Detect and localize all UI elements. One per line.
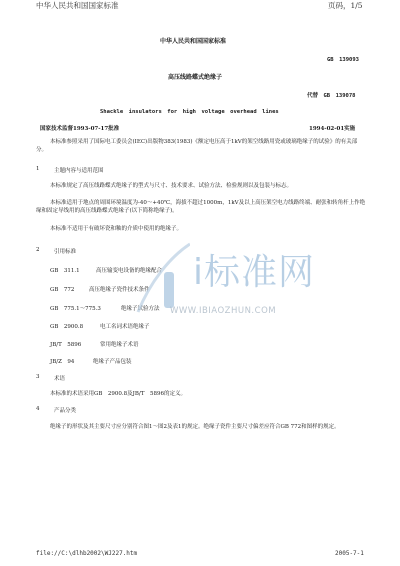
section-3-paragraph: 本标准的术语采用GB 2900.8及JB/T 5896的定义。 bbox=[50, 390, 370, 398]
reference-name: 常用绝缘子术语 bbox=[100, 340, 139, 348]
section-3-number: 3 bbox=[36, 374, 40, 380]
approval-date: 国家技术监督1993-07-17批准 bbox=[40, 124, 119, 132]
watermark: i标准网 WWW.IBIAOZHUN.COM bbox=[140, 244, 340, 324]
section-1-paragraph-3: 本标准不适用于有破坏瓷和釉的介质中使用的绝缘子。 bbox=[50, 225, 370, 233]
reference-name: 电工名词术语绝缘子 bbox=[100, 322, 150, 330]
section-2-title: 引用标准 bbox=[54, 247, 76, 255]
print-header-page-number: 页码，1/5 bbox=[328, 0, 363, 11]
document-title-en: Shackle insulators for high voltage over… bbox=[100, 107, 279, 115]
section-4-title: 产品分类 bbox=[54, 406, 76, 414]
section-1-paragraph-1: 本标准规定了高压线路蝶式绝缘子的型式与尺寸、技术要求、试验方法、检验规则以及包装… bbox=[50, 182, 370, 190]
reference-name: 绝缘子试验方法 bbox=[121, 304, 160, 312]
print-header-title: 中华人民共和国国家标准 bbox=[36, 0, 119, 11]
section-1-paragraph-2: 本标准适用于地点的周围环境温度为-40～+40℃，海拔不超过1000m，1kV及… bbox=[36, 199, 368, 215]
reference-code: JB/Z 94 bbox=[50, 357, 74, 365]
reference-code: GB 311.1 bbox=[50, 266, 80, 274]
print-footer-date: 2005-7-1 bbox=[335, 550, 364, 557]
intro-paragraph: 本标准参照采用了国际电工委员会(IEC)出版物383(1983)《额定电压高于1… bbox=[36, 138, 366, 154]
watermark-url: WWW.IBIAOZHUN.COM bbox=[170, 306, 276, 316]
reference-code: GB 775.1～775.3 bbox=[50, 304, 101, 312]
reference-name: 高压输变电设备的绝缘配合 bbox=[96, 266, 162, 274]
section-2-number: 2 bbox=[36, 247, 40, 253]
document-title-cn: 高压线路蝶式绝缘子 bbox=[168, 72, 222, 81]
country-standard-heading: 中华人民共和国国家标准 bbox=[160, 36, 226, 45]
section-3-title: 术语 bbox=[54, 374, 65, 382]
reference-code: GB 772 bbox=[50, 285, 74, 293]
reference-name: 绝缘子产品包装 bbox=[93, 357, 132, 365]
reference-code: GB 2900.8 bbox=[50, 322, 83, 330]
section-4-paragraph: 绝缘子的形状及其主要尺寸应分别符合图1～图2及表1的规定。绝缘子瓷件主要尺寸偏差… bbox=[36, 423, 368, 431]
watermark-logo-text: i标准网 bbox=[193, 244, 315, 295]
section-4-number: 4 bbox=[36, 406, 40, 412]
replaces-standard: 代替 GB 139078 bbox=[307, 91, 356, 99]
print-footer-file-path: file://C:\dlhb2002\WJ227.htm bbox=[36, 550, 137, 557]
effective-date: 1994-02-01实施 bbox=[309, 124, 355, 132]
reference-code: JB/T 5896 bbox=[50, 340, 81, 348]
standard-number: GB 139093 bbox=[327, 55, 359, 63]
reference-name: 高压绝缘子瓷件技术条件 bbox=[89, 285, 150, 293]
section-1-number: 1 bbox=[36, 166, 40, 172]
section-1-title: 主题内容与适用范围 bbox=[54, 166, 104, 174]
